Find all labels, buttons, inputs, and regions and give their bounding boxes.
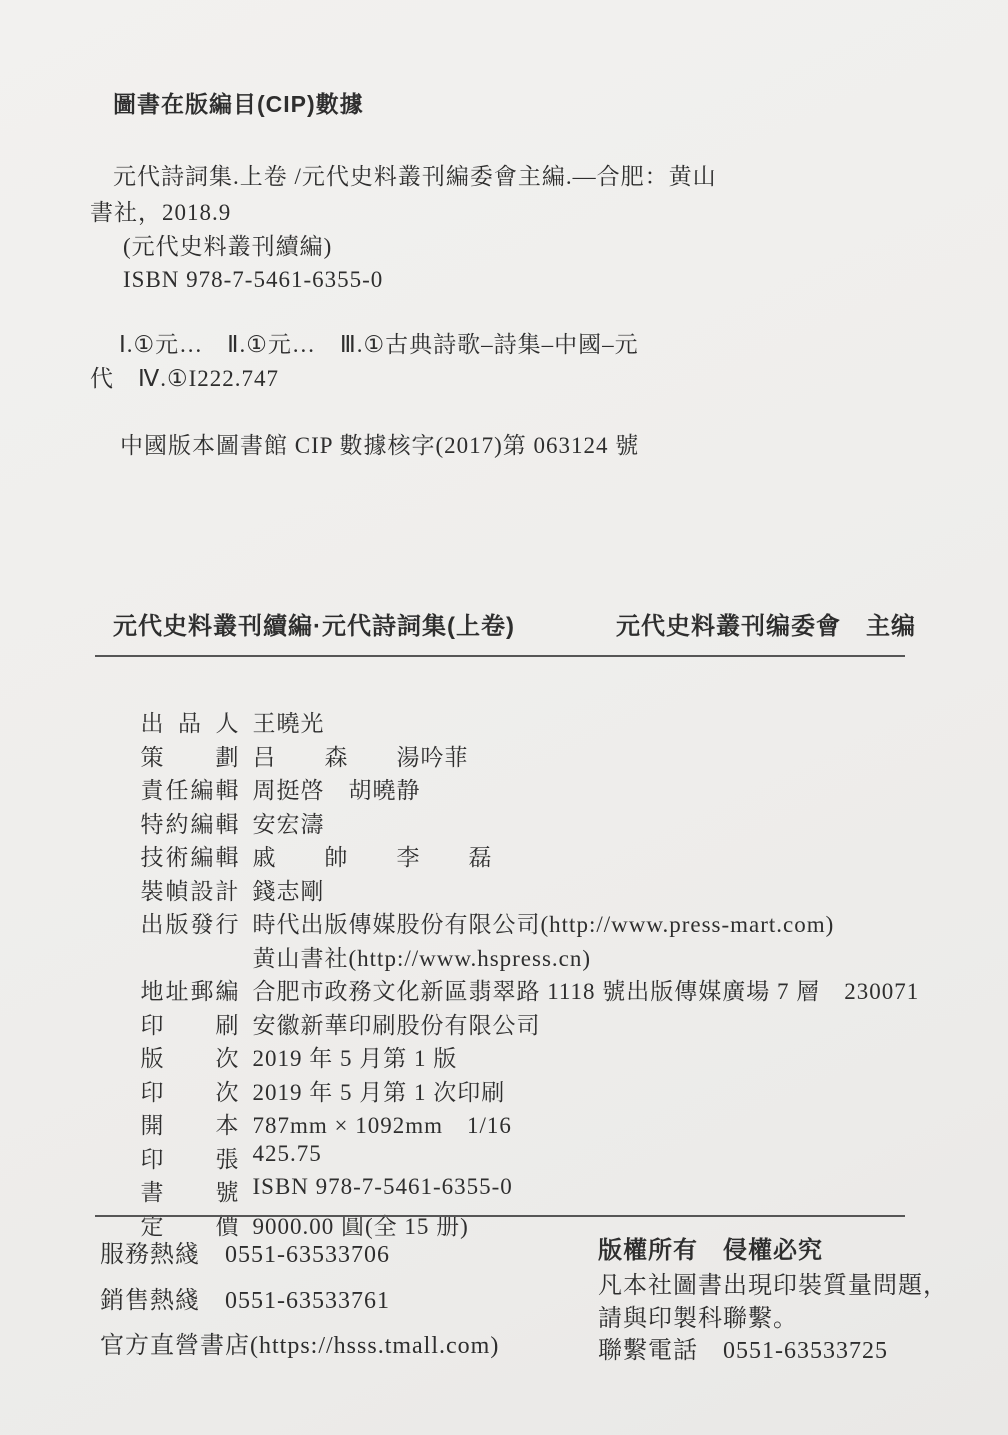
- colophon-value: 2019 年 5 月第 1 次印刷: [253, 1074, 506, 1107]
- colophon-block: 出品人王曉光 策劃吕 森 湯吟菲 責任編輯周挺啓 胡曉静 特約編輯安宏濤 技術編…: [100, 679, 930, 1215]
- cip-header: 圖書在版編目(CIP)數據: [113, 90, 364, 119]
- cip-classification-line-2: 代 Ⅳ.①I222.747: [90, 365, 279, 394]
- colophon-value: 9000.00 圓(全 15 册): [253, 1208, 469, 1241]
- colophon-label: 責任編輯: [141, 772, 239, 805]
- colophon-value: 合肥市政務文化新區翡翠路 1118 號出版傳媒廣場 7 層 230071: [253, 973, 920, 1006]
- colophon-label: 書號: [141, 1174, 239, 1207]
- colophon-value: ISBN 978-7-5461-6355-0: [253, 1174, 513, 1200]
- cip-classification-line-1: Ⅰ.①元… Ⅱ.①元… Ⅲ.①古典詩歌–詩集–中國–元: [119, 331, 639, 360]
- official-store-line: 官方直營書店(https://hsss.tmall.com): [100, 1331, 499, 1361]
- colophon-value: 安徽新華印刷股份有限公司: [253, 1007, 541, 1040]
- colophon-value: 戚 帥 李 磊: [253, 839, 493, 872]
- editor-credit: 元代史料叢刊编委會 主编: [600, 612, 916, 642]
- colophon-value: 2019 年 5 月第 1 版: [253, 1040, 458, 1073]
- colophon-value: 787mm × 1092mm 1/16: [253, 1107, 512, 1140]
- cip-entry-line-2: 書社，2018.9: [90, 199, 231, 228]
- book-copyright-page: 圖書在版編目(CIP)數據 元代詩詞集.上卷 /元代史料叢刊編委會主編.—合肥：…: [0, 0, 1008, 1435]
- cip-record-number: 中國版本圖書館 CIP 數據核字(2017)第 063124 號: [120, 432, 639, 461]
- colophon-value: 時代出版傳媒股份有限公司(http://www.press-mart.com): [253, 906, 835, 939]
- separator-rule-bottom: [95, 1215, 905, 1217]
- colophon-row-publisher-person: 出品人王曉光: [100, 679, 930, 713]
- colophon-label: 技術編輯: [141, 839, 239, 872]
- colophon-label: 出版發行: [141, 906, 239, 939]
- colophon-value: 周挺啓 胡曉静: [253, 772, 421, 805]
- colophon-value: 425.75: [253, 1141, 322, 1167]
- colophon-label: 特約編輯: [141, 806, 239, 839]
- service-hotline: 服務熱綫 0551-63533706: [100, 1240, 390, 1270]
- cip-isbn: ISBN 978-7-5461-6355-0: [123, 266, 383, 295]
- quality-notice-line-1: 凡本社圖書出現印裝質量問題，: [598, 1271, 948, 1301]
- contact-phone-line: 聯繫電話 0551-63533725: [598, 1336, 888, 1366]
- colophon-label: 開本: [141, 1107, 239, 1140]
- colophon-label: 印張: [141, 1141, 239, 1174]
- separator-rule-top: [95, 655, 905, 657]
- colophon-value: 錢志剛: [253, 873, 325, 906]
- series-title: 元代史料叢刊續編·元代詩詞集(上卷): [113, 612, 515, 642]
- colophon-label: 裝幀設計: [141, 873, 239, 906]
- cip-series-note: (元代史料叢刊續編): [123, 233, 332, 262]
- colophon-value: 吕 森 湯吟菲: [253, 739, 469, 772]
- copyright-notice: 版權所有 侵權必究: [598, 1236, 823, 1266]
- colophon-label: 版次: [141, 1040, 239, 1073]
- colophon-label: 地址郵編: [141, 973, 239, 1006]
- sales-hotline: 銷售熱綫 0551-63533761: [100, 1286, 390, 1316]
- colophon-label: 印刷: [141, 1007, 239, 1040]
- colophon-label: 策劃: [141, 739, 239, 772]
- colophon-value: 王曉光: [253, 705, 325, 738]
- cip-entry-line-1: 元代詩詞集.上卷 /元代史料叢刊編委會主編.—合肥：黄山: [113, 163, 717, 192]
- colophon-label: 印次: [141, 1074, 239, 1107]
- colophon-value: 黄山書社(http://www.hspress.cn): [253, 940, 592, 973]
- colophon-label: 定價: [141, 1208, 239, 1241]
- colophon-label: 出品人: [141, 705, 239, 738]
- quality-notice-line-2: 請與印製科聯繫。: [598, 1304, 798, 1334]
- colophon-value: 安宏濤: [253, 806, 325, 839]
